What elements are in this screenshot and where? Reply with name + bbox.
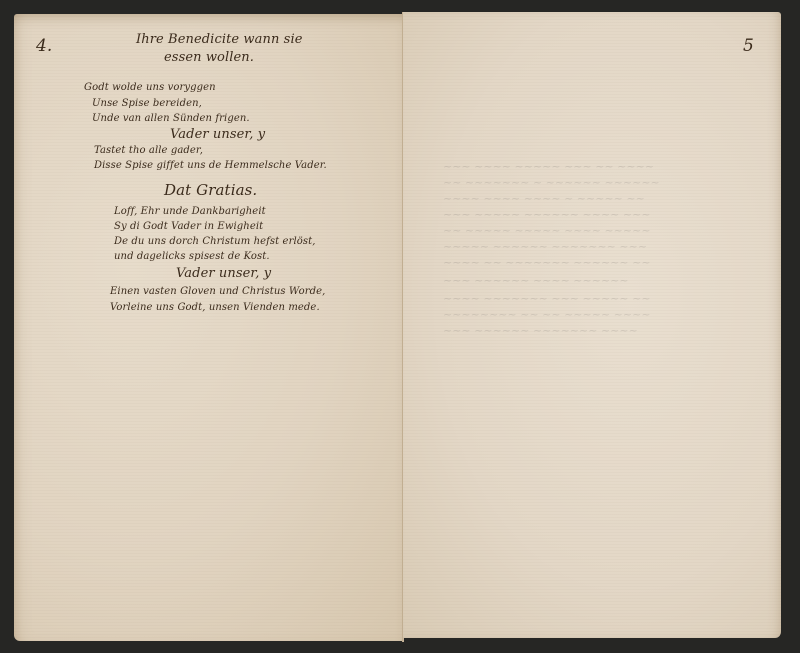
- left-page: 4. Ihre Benedicite wann sie essen wollen…: [14, 14, 403, 641]
- page-number-right: 5: [743, 36, 754, 56]
- bleed-through-line: ~~ ~~~~~ ~~~~~ ~~~~ ~~~~~: [443, 224, 651, 237]
- title-line-1: Ihre Benedicite wann sie: [136, 32, 303, 47]
- heading-dat-gratias: Dat Gratias.: [164, 181, 257, 199]
- verse4-line-1: Einen vasten Gloven und Christus Worde,: [110, 286, 325, 297]
- bleed-through-line: ~~~ ~~~~~~ ~~~~~~~ ~~~~: [443, 324, 638, 337]
- bleed-through-line: ~~~~ ~~~~ ~~~~ ~ ~~~~~ ~~: [443, 192, 645, 205]
- verse4-line-2: Vorleine uns Godt, unsen Vienden mede.: [110, 302, 320, 313]
- verse1-line-2: Unse Spise bereiden,: [92, 98, 202, 109]
- page-number-left: 4.: [36, 36, 52, 56]
- bleed-through-line: ~~~~~ ~~~~~~ ~~~~~~~ ~~~: [443, 240, 647, 253]
- verse1-line-1: Godt wolde uns voryggen: [84, 82, 216, 93]
- bleed-through-line: ~~~ ~~~~~ ~~~~~~ ~~~~ ~~~: [443, 208, 651, 221]
- verse3-line-3: De du uns dorch Christum hefst erlöst,: [114, 236, 316, 247]
- bleed-through-line: ~~~~~~~~ ~~ ~~ ~~~~~ ~~~~: [443, 308, 651, 321]
- verse3-line-1: Loff, Ehr unde Dankbarigheit: [114, 206, 266, 217]
- bleed-through-line: ~~~ ~~~~~~ ~~~~ ~~~~~~: [443, 274, 629, 287]
- bleed-through-line: ~~~ ~~~~ ~~~~~ ~~~ ~~ ~~~~: [443, 160, 654, 173]
- bleed-through-line: ~~ ~~~~~~~ ~ ~~~~~~ ~~~~~~: [443, 176, 660, 189]
- bleed-through-line: ~~~~ ~~~~~~~ ~~~ ~~~~~ ~~: [443, 292, 651, 305]
- verse3-line-4: und dagelicks spisest de Kost.: [114, 251, 270, 262]
- right-page: 5 ~~~ ~~~~ ~~~~~ ~~~ ~~ ~~~~ ~~ ~~~~~~~ …: [403, 12, 781, 638]
- bleed-through-line: ~~~~ ~~ ~~~~~~~ ~~~~~~ ~~: [443, 256, 651, 269]
- verse3-line-2: Sy di Godt Vader in Ewigheit: [114, 221, 263, 232]
- manuscript-spread: 4. Ihre Benedicite wann sie essen wollen…: [0, 0, 800, 653]
- verse1-line-3: Unde van allen Sünden frigen.: [92, 113, 250, 124]
- vader-unser-2: Vader unser, y: [176, 266, 271, 281]
- verse2-line-1: Tastet tho alle gader,: [94, 145, 203, 156]
- verse2-line-2: Disse Spise giffet uns de Hemmelsche Vad…: [94, 160, 327, 171]
- vader-unser-1: Vader unser, y: [170, 127, 265, 142]
- title-line-2: essen wollen.: [164, 50, 254, 65]
